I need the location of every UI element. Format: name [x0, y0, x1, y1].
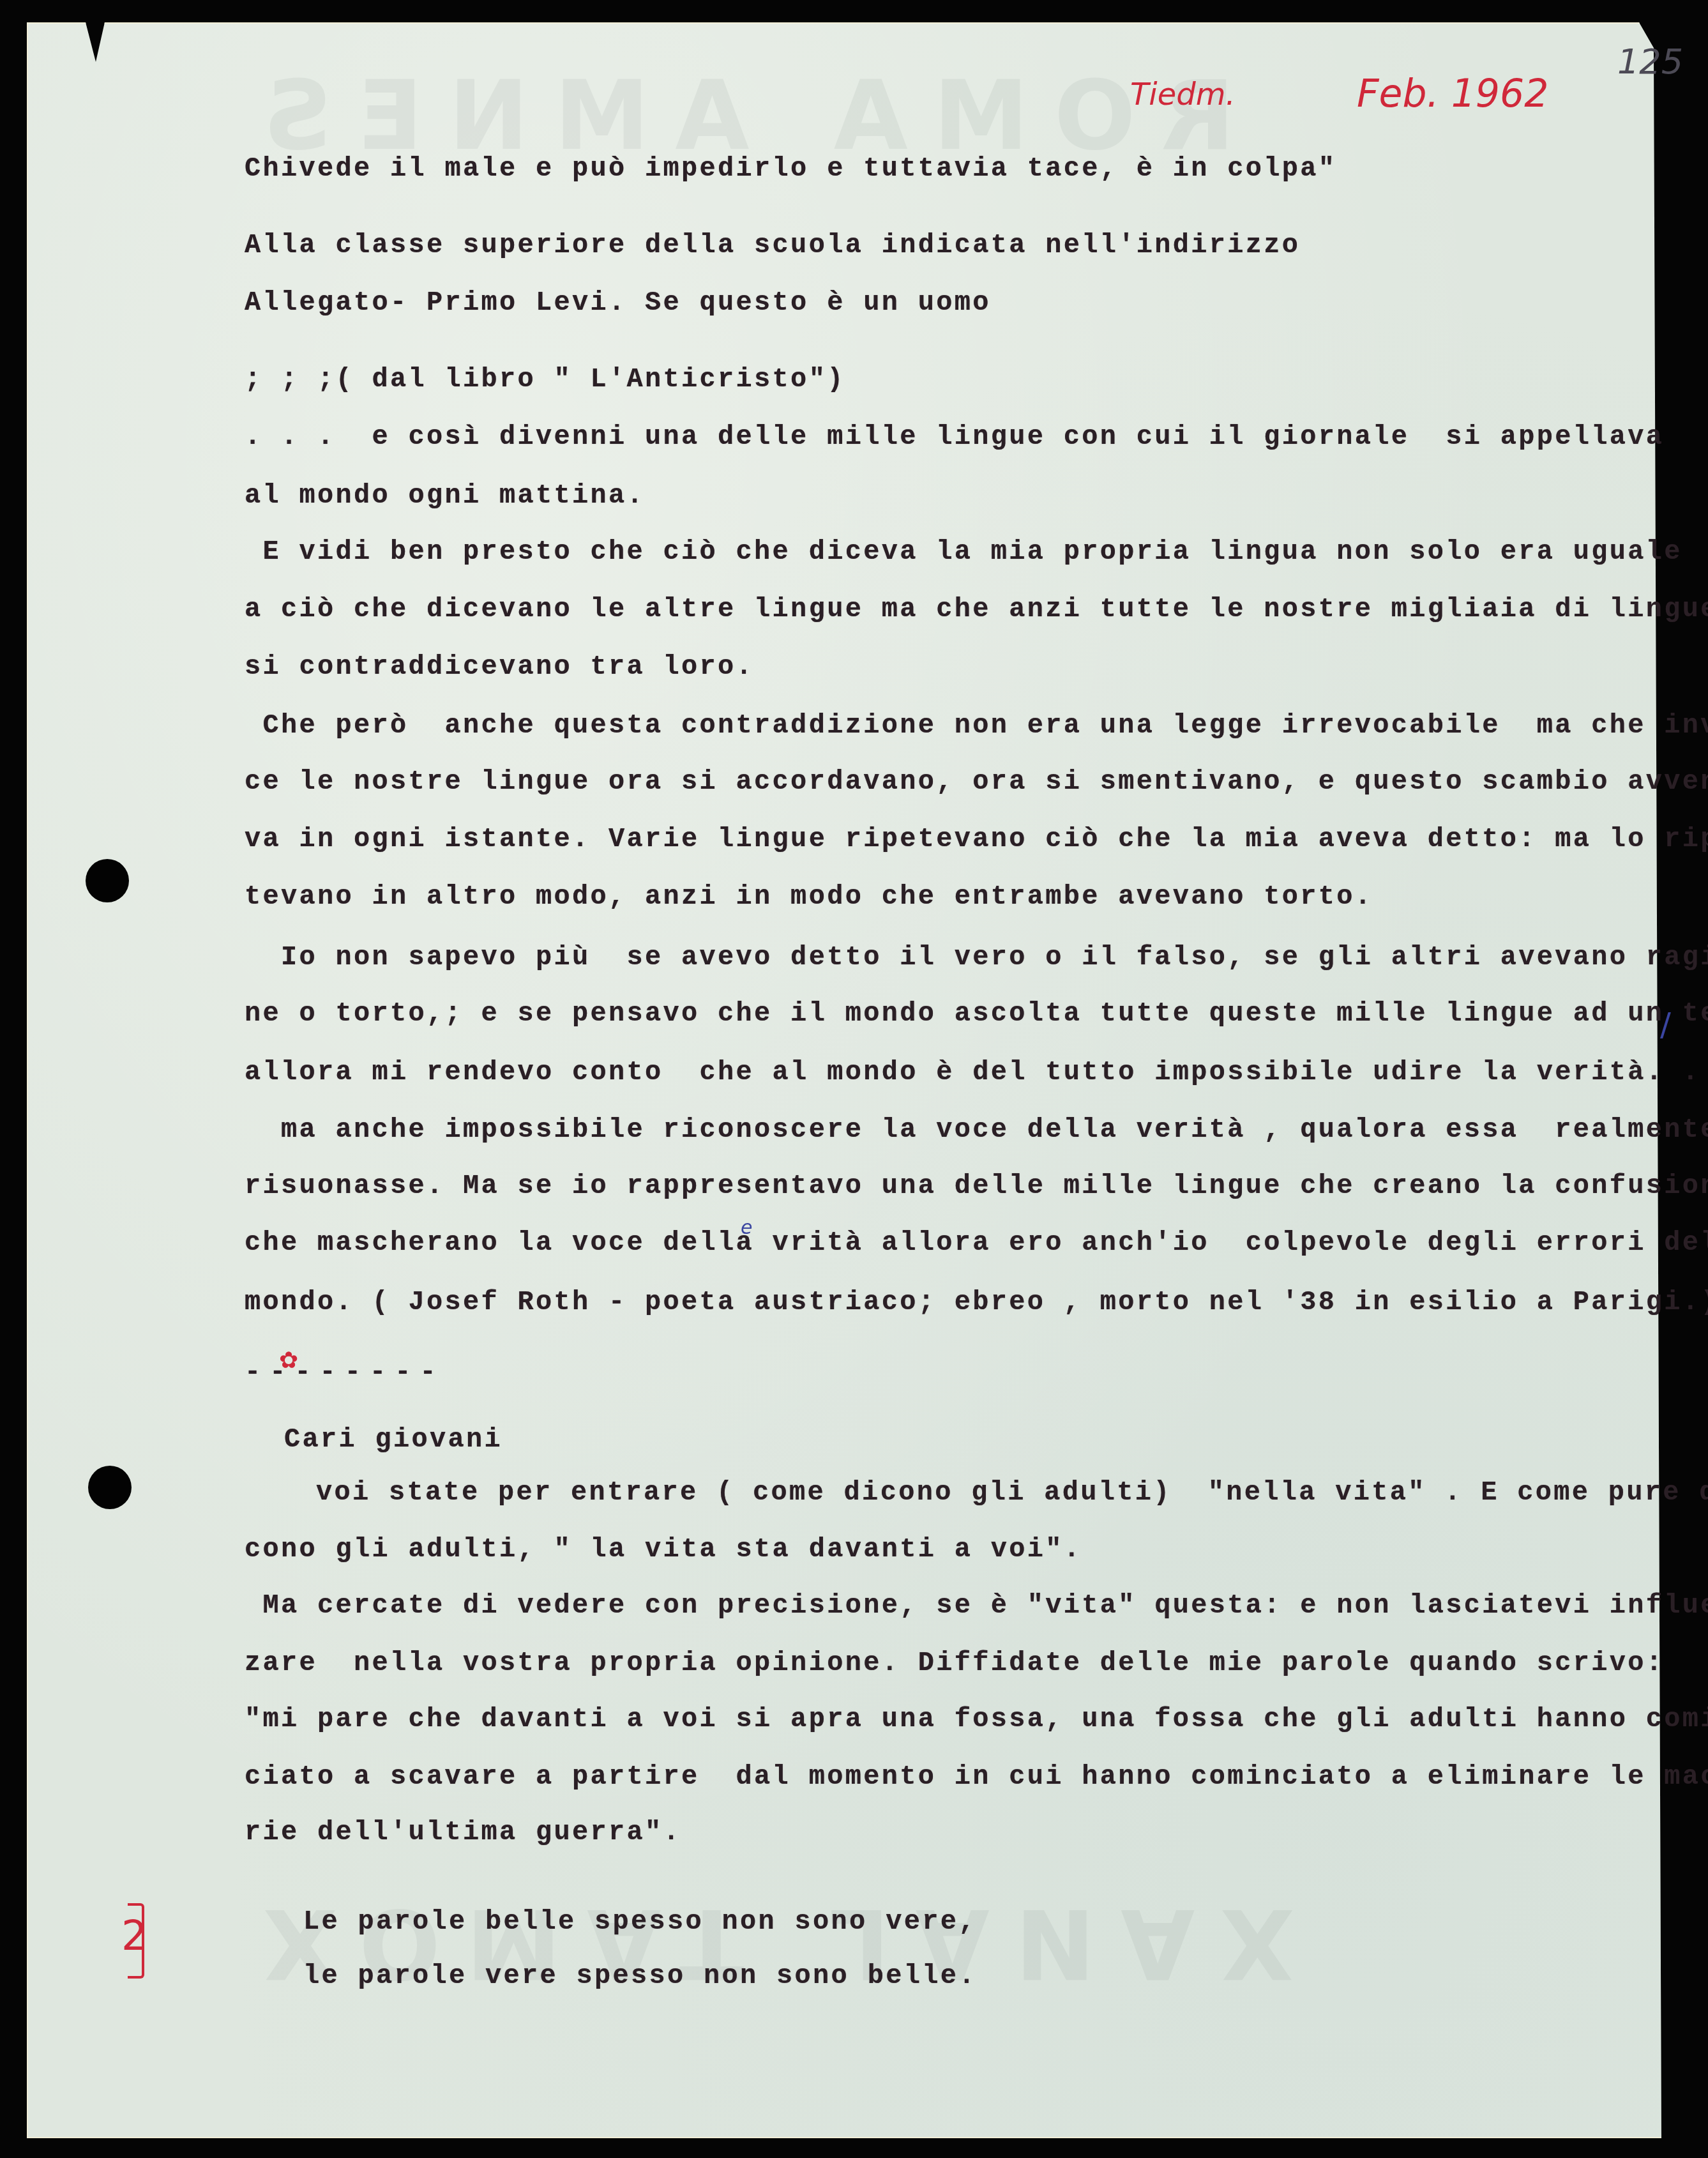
- letter-line: voi state per entrare ( come dicono gli …: [316, 1477, 1708, 1508]
- text-line: Allegato- Primo Levi. Se questo è un uom…: [245, 287, 991, 318]
- text-line: Alla classe superiore della scuola indic…: [245, 230, 1300, 261]
- text-line: Che però anche questa contraddizione non…: [245, 710, 1708, 741]
- punch-hole-lower: [88, 1466, 132, 1509]
- text-line: ce le nostre lingue ora si accordavano, …: [245, 766, 1708, 797]
- punch-hole-upper: [86, 859, 129, 902]
- separator-dashes: --------: [245, 1357, 445, 1388]
- letter-line: Ma cercate di vedere con precisione, se …: [245, 1590, 1708, 1621]
- letter-line: cono gli adulti, " la vita sta davanti a…: [245, 1534, 1082, 1565]
- text-line: risuonasse. Ma se io rappresentavo una d…: [245, 1171, 1708, 1201]
- date-annotation: Feb. 1962: [1357, 72, 1548, 116]
- text-line: si contraddicevano tra loro.: [245, 651, 754, 682]
- letter-line: ciato a scavare a partire dal momento in…: [245, 1761, 1708, 1792]
- text-line: tevano in altro modo, anzi in modo che e…: [245, 881, 1373, 912]
- text-line: a ciò che dicevano le altre lingue ma ch…: [245, 594, 1708, 625]
- letter-line: rie dell'ultima guerra".: [245, 1817, 681, 1848]
- text-line: ne o torto,; e se pensavo che il mondo a…: [245, 998, 1708, 1029]
- margin-bracket: [128, 1903, 144, 1979]
- text-line: ma anche impossibile riconoscere la voce…: [245, 1114, 1708, 1145]
- text-line: che mascherano la voce della vrità allor…: [245, 1227, 1708, 1258]
- text-line: allora mi rendevo conto che al mondo è d…: [245, 1057, 1700, 1088]
- poem-line: Le parole belle spesso non sono vere,: [303, 1906, 977, 1937]
- text-line: Io non sapevo più se avevo detto il vero…: [245, 942, 1708, 973]
- letter-line: "mi pare che davanti a voi si apra una f…: [245, 1704, 1708, 1735]
- text-line: al mondo ogni mattina.: [245, 480, 645, 511]
- text-line: mondo. ( Josef Roth - poeta austriaco; e…: [245, 1287, 1708, 1318]
- letter-salutation: Cari giovani: [284, 1424, 503, 1455]
- text-line: va in ogni istante. Varie lingue ripetev…: [245, 824, 1708, 855]
- letter-line: zare nella vostra propria opinione. Diff…: [245, 1648, 1664, 1678]
- text-line: . . . e così divenni una delle mille lin…: [245, 422, 1664, 452]
- archive-number: 125: [1617, 42, 1683, 82]
- author-mark: Tiedm.: [1130, 77, 1236, 112]
- text-line: E vidi ben presto che ciò che diceva la …: [245, 536, 1682, 567]
- poem-line: le parole vere spesso non sono belle.: [303, 1961, 977, 1991]
- text-line: Chivede il male e può impedirlo e tuttav…: [245, 153, 1336, 184]
- text-line: ; ; ;( dal libro " L'Anticristo"): [245, 364, 845, 395]
